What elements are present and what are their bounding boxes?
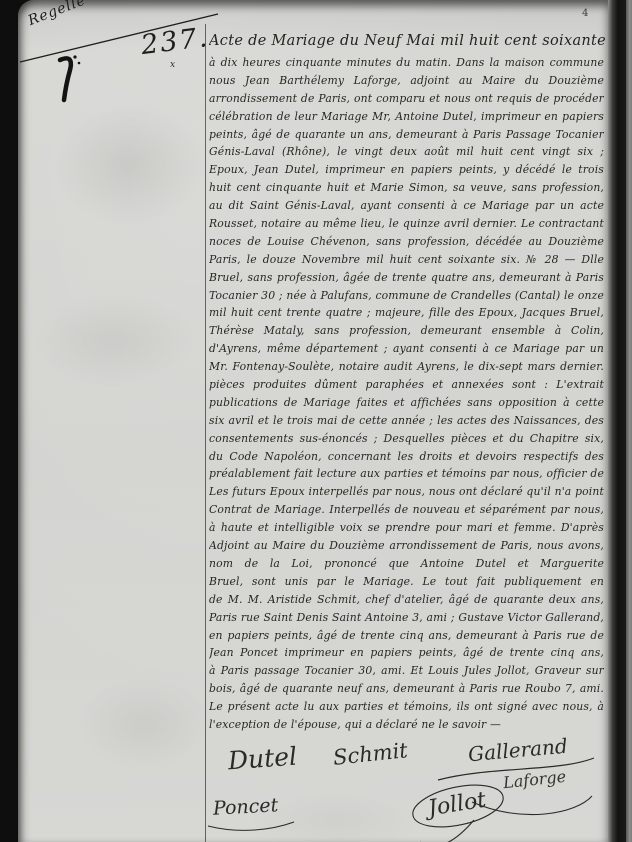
text-line: noces de Louise Chévenon, sans professio… [209,233,604,251]
text-line: en papiers peints, âgé de trente cinq an… [209,627,604,645]
text-line: à Paris passage Tocanier 30, ami. Et Lou… [209,662,604,680]
text-line: Le présent acte lu aux parties et témoin… [209,698,604,716]
text-line: préalablement fait lecture aux parties e… [209,465,604,483]
text-line: peints, âgé de quarante un ans, demeuran… [209,126,604,144]
text-line: Bruel, sans profession, âgée de trente q… [209,269,604,287]
text-line: consentements sus-énoncés ; Desquelles p… [209,430,604,448]
text-line: Paris, le douze Novembre mil huit cent s… [209,251,604,269]
text-line: arrondissement de Paris, ont comparu et … [209,90,604,108]
text-line: Rousset, notaire au même lieu, le quinze… [209,215,604,233]
text-line: Mr. Fontenay-Soulète, notaire audit Ayre… [209,358,604,376]
text-line: nous Jean Barthélemy Laforge, adjoint au… [209,72,604,90]
text-line: Génis-Laval (Rhône), le vingt deux août … [209,143,604,161]
signature: Dutel [227,742,298,776]
text-line: huit cent cinquante huit et Marie Simon,… [209,179,604,197]
text-line: à dix heures cinquante minutes du matin.… [209,54,604,72]
text-line: bois, âgé de quarante neuf ans, demeuran… [209,680,604,698]
text-line: célébration de leur Mariage Mr, Antoine … [209,108,604,126]
text-line: Contrat de Mariage. Interpellés de nouve… [209,501,604,519]
text-line: Thérèse Mataly, sans profession, demeura… [209,322,604,340]
body-lines: à dix heures cinquante minutes du matin.… [209,54,604,734]
text-line: l'exception de l'épouse, qui a déclaré n… [209,716,604,734]
text-line: de M. M. Aristide Schmit, chef d'atelier… [209,591,604,609]
text-line: d'Ayrens, même département ; ayant conse… [209,340,604,358]
text-line: au dit Saint Génis-Laval, ayant consenti… [209,197,604,215]
signature: Poncet [212,794,278,819]
text-line: Les futurs Epoux interpellés par nous, n… [209,483,604,501]
text-line: Paris rue Saint Denis Saint Antoine 3, a… [209,609,604,627]
margin-rule-line [205,24,206,842]
text-line: pièces produites dûment paraphées et ann… [209,376,604,394]
page-outer-edge [626,0,632,842]
text-line: Bruel, sont unis par le Mariage. Le tout… [209,573,604,591]
text-line: publications de Mariage faites et affich… [209,394,604,412]
scanned-register-page: Regellé 4 237. x Acte de Mariage du Neuf… [0,0,632,842]
text-line: à haute et intelligible voix se prendre … [209,519,604,537]
corner-pencil-mark: 4 [582,8,588,19]
text-line: six avril et le trois mai de cette année… [209,412,604,430]
text-line: du Code Napoléon, concernant les droits … [209,448,604,466]
book-gutter-shadow [608,0,626,842]
act-number-mark: x [170,60,175,70]
act-opening-line: Acte de Mariage du Neuf Mai mil huit cen… [209,30,605,52]
text-line: Jean Poncet imprimeur en papiers peints,… [209,644,604,662]
text-line: Epoux, Jean Dutel, imprimeur en papiers … [209,161,604,179]
text-line: Tocanier 30 ; née à Palufans, commune de… [209,287,604,305]
text-line: Adjoint au Maire du Douzième arrondissem… [209,537,604,555]
text-line: nom de la Loi, prononcé que Antoine Dute… [209,555,604,573]
text-line: mil huit cent trente quatre ; majeure, f… [209,304,604,322]
